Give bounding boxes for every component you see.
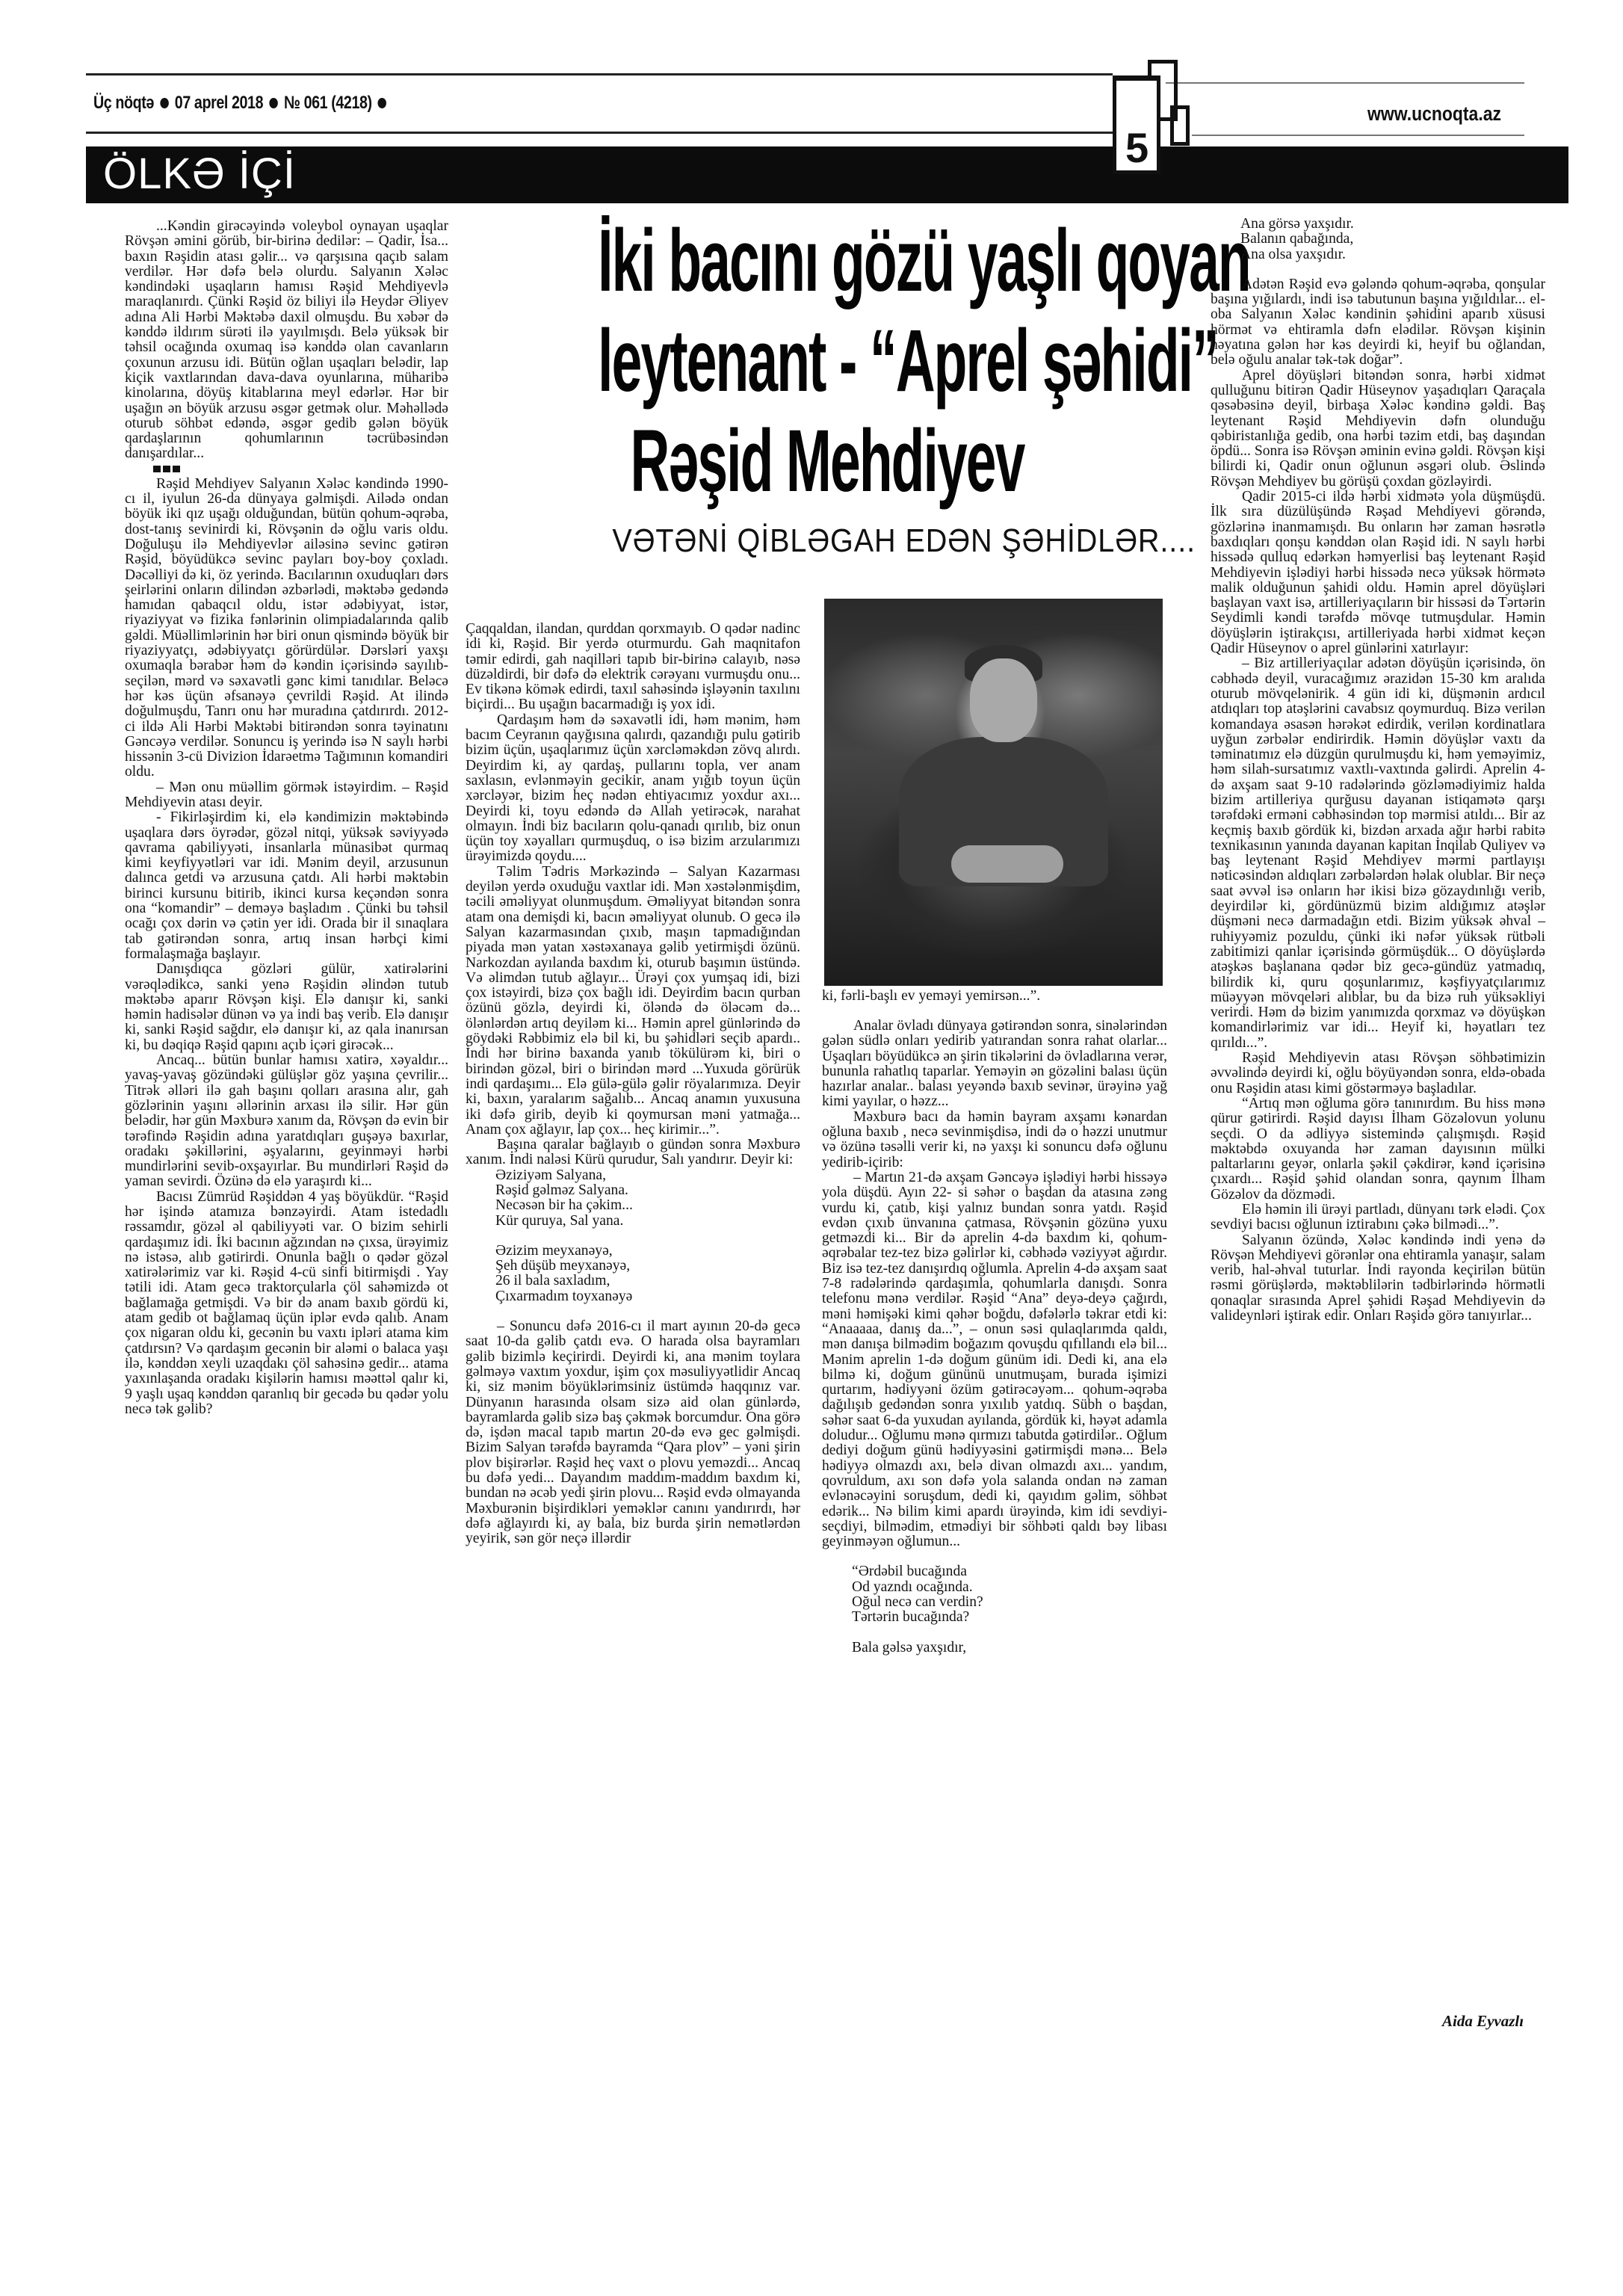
- verse-line: Ana olsa yaxşıdır.: [1211, 247, 1545, 262]
- article-column-4: Ana görsə yaxşıdır. Balanın qabağında, A…: [1211, 217, 1545, 1324]
- website-url[interactable]: www.ucnoqta.az: [1367, 102, 1501, 126]
- paragraph: Çaqqaldan, ilandan, qurddan qorxmayıb. O…: [466, 622, 800, 713]
- verse-line: Balanın qabağında,: [1211, 232, 1545, 247]
- verse-line: Od yazndı ocağında.: [822, 1580, 1167, 1595]
- masthead-top-rule-right: [1166, 82, 1524, 84]
- verse-line: Oğul necə can verdin?: [822, 1595, 1167, 1610]
- bullet-icon: [269, 98, 277, 108]
- paragraph: - Fikirləşirdim ki, elə kəndimizin məktə…: [125, 810, 448, 962]
- verse-line: Ana görsə yaxşıdır.: [1211, 217, 1545, 232]
- paragraph: Elə həmin ili ürəyi partladı, dünyanı tə…: [1211, 1203, 1545, 1233]
- verse-line: Bala gəlsə yaxşıdır,: [822, 1641, 1167, 1655]
- article-column-1: ...Kəndin girəcəyində voleybol oynayan u…: [125, 219, 448, 1417]
- paragraph: Təlim Tədris Mərkəzində – Salyan Kazarma…: [466, 865, 800, 1138]
- masthead-top-rule: [86, 73, 1113, 75]
- article-headline: İki bacını gözü yaşlı qoyan leytenant - …: [457, 211, 1197, 511]
- masthead-bottom-rule: [86, 132, 1113, 134]
- issue-date: 07 aprel 2018: [175, 93, 263, 113]
- article-column-2: Çaqqaldan, ilandan, qurddan qorxmayıb. O…: [466, 622, 800, 1547]
- issue-number: № 061 (4218): [284, 93, 372, 113]
- verse-line: Tərtərin bucağında?: [822, 1610, 1167, 1625]
- section-banner: [86, 146, 1568, 203]
- verse-line: Rəşid gəlməz Salyana.: [466, 1183, 800, 1198]
- paragraph: Rəşid Mehdiyev Salyanın Xələc kəndində 1…: [125, 477, 448, 780]
- paragraph: Məxburə bacı da həmin bayram axşamı kəna…: [822, 1110, 1167, 1170]
- paragraph: – Sonuncu dəfə 2016-cı il mart ayının 20…: [466, 1319, 800, 1546]
- paragraph: – Martın 21-də axşam Gəncəyə işlədiyi hə…: [822, 1170, 1167, 1549]
- paragraph: ki, fərli-başlı ev yeməyi yemirsən...”.: [822, 989, 1167, 1004]
- soldier-photo: [824, 599, 1163, 986]
- paragraph: Rəşid Mehdiyevin atası Rövşən söhbətimiz…: [1211, 1051, 1545, 1096]
- author-byline: Aida Eyvazlı: [1442, 2012, 1524, 2031]
- section-separator-icon: [125, 462, 448, 477]
- article-subheading: VƏTƏNİ QİBLƏGAH EDƏN ŞƏHİDLƏR....: [590, 522, 1196, 560]
- decorative-square-icon: [1170, 105, 1190, 146]
- paragraph: Danışdıqca gözləri gülür, xatirələrini v…: [125, 962, 448, 1053]
- paragraph: Bacısı Zümrüd Rəşiddən 4 yaş böyükdür. “…: [125, 1190, 448, 1417]
- paragraph: “Artıq mən oğluma görə tanınırdım. Bu hi…: [1211, 1096, 1545, 1203]
- paragraph: Aprel döyüşləri bitəndən sonra, hərbi xi…: [1211, 368, 1545, 490]
- headline-line-1: İki bacını gözü yaşlı qoyan: [598, 211, 1057, 311]
- bullet-icon: [378, 98, 386, 108]
- paragraph: – Biz artilleriyaçılar adətən döyüşün iç…: [1211, 656, 1545, 1051]
- paragraph: ...Kəndin girəcəyində voleybol oynayan u…: [125, 219, 448, 462]
- paragraph: Qadir 2015-ci ildə hərbi xidmətə yola dü…: [1211, 490, 1545, 656]
- article-column-3: Analar övladı dünyaya gətirəndən sonra, …: [822, 1019, 1167, 1655]
- bullet-icon: [160, 98, 168, 108]
- masthead-info: Üç nöqtə07 aprel 2018№ 061 (4218): [93, 93, 393, 114]
- paper-name: Üç nöqtə: [93, 93, 154, 113]
- paragraph: – Mən onu müəllim görmək istəyirdim. – R…: [125, 780, 448, 811]
- section-title: ÖLKƏ İÇİ: [103, 148, 296, 200]
- paragraph: Qardaşım həm də səxavətli idi, həm mənim…: [466, 713, 800, 865]
- paragraph: Adətən Rəşid evə gələndə qohum-əqrəba, q…: [1211, 277, 1545, 368]
- verse-line: Şeh düşüb meyxanəyə,: [466, 1259, 800, 1274]
- verse-line: Əziziyəm Salyana,: [466, 1168, 800, 1183]
- paragraph: Ancaq... bütün bunlar hamısı xatirə, xəy…: [125, 1053, 448, 1190]
- page-number: 5: [1125, 126, 1149, 170]
- headline-line-3: Rəşid Mehdiyev: [598, 411, 1057, 511]
- masthead-bottom-rule-right: [1192, 135, 1524, 136]
- paragraph: Salyanın özündə, Xələc kəndində indi yen…: [1211, 1233, 1545, 1324]
- verse-line: Kür quruya, Sal yana.: [466, 1214, 800, 1229]
- headline-line-2: leytenant - “Aprel şəhidi”: [598, 311, 1057, 411]
- verse-line: Necəsən bir ha çəkim...: [466, 1198, 800, 1213]
- photo-adjacent-text: ki, fərli-başlı ev yeməyi yemirsən...”.: [822, 989, 1167, 1004]
- paragraph: Analar övladı dünyaya gətirəndən sonra, …: [822, 1019, 1167, 1110]
- verse-line: “Ərdəbil bucağında: [822, 1564, 1167, 1579]
- verse-line: Əzizim meyxanəyə,: [466, 1244, 800, 1259]
- paragraph: Başına qaralar bağlayıb o gündən sonra M…: [466, 1138, 800, 1168]
- verse-line: Çıxarmadım toyxanəyə: [466, 1289, 800, 1304]
- verse-line: 26 il bala saxladım,: [466, 1274, 800, 1289]
